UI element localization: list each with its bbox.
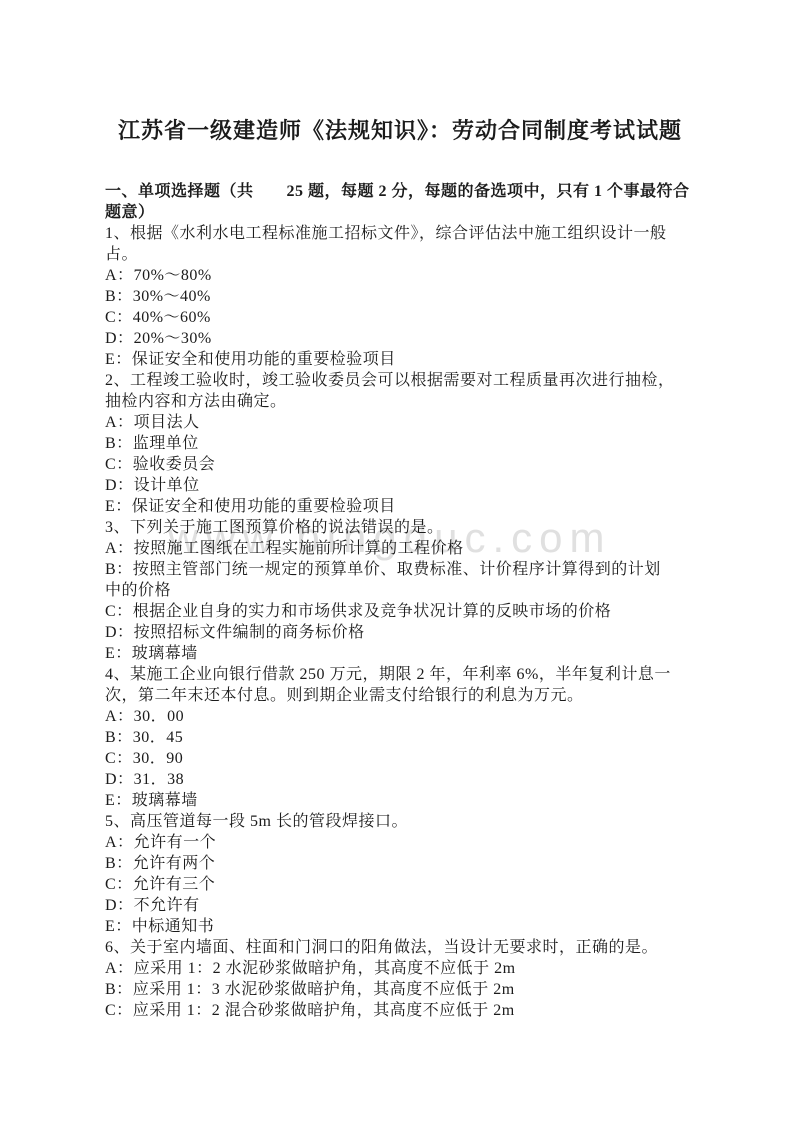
q4-option-c: C：30．90	[105, 748, 725, 769]
option-text: 设计单位	[134, 477, 200, 494]
option-text: 30%～40%	[133, 288, 211, 305]
option-label: D：	[105, 771, 134, 788]
option-label: C：	[105, 1002, 133, 1019]
exam-content: 一、单项选择题（共 25 题，每题 2 分，每题的备选项中，只有 1 个事最符合…	[105, 181, 725, 1021]
option-label: A：	[105, 414, 134, 431]
option-label: D：	[105, 330, 134, 347]
q1-stem-continuation: 占。	[105, 244, 725, 265]
option-label: B：	[105, 855, 133, 872]
option-label: B：	[105, 288, 133, 305]
option-label: B：	[105, 435, 133, 452]
option-text: 按照招标文件编制的商务标价格	[134, 624, 365, 641]
option-label: C：	[105, 309, 133, 326]
option-label: D：	[105, 477, 134, 494]
q4-option-a: A：30．00	[105, 706, 725, 727]
option-label: E：	[105, 792, 132, 809]
q6-option-b: B：应采用 1：3 水泥砂浆做暗护角，其高度不应低于 2m	[105, 979, 725, 1000]
q4-option-d: D：31．38	[105, 769, 725, 790]
section-heading-continuation: 题意）	[105, 202, 725, 223]
option-text: 按照施工图纸在工程实施前所计算的工程价格	[134, 540, 464, 557]
option-label: D：	[105, 624, 134, 641]
option-text: 允许有一个	[134, 834, 217, 851]
option-text: 不允许有	[134, 897, 200, 914]
section-heading: 一、单项选择题（共 25 题，每题 2 分，每题的备选项中，只有 1 个事最符合	[105, 181, 725, 202]
option-label: C：	[105, 603, 133, 620]
option-text: 30．45	[133, 729, 184, 746]
option-label: A：	[105, 834, 134, 851]
option-label: B：	[105, 561, 133, 578]
option-text: 允许有两个	[133, 855, 216, 872]
q5-option-e: E：中标通知书	[105, 916, 725, 937]
option-text: 70%～80%	[134, 267, 212, 284]
option-label: B：	[105, 981, 133, 998]
option-text: 按照主管部门统一规定的预算单价、取费标准、计价程序计算得到的计划	[133, 561, 661, 578]
option-text: 应采用 1：3 水泥砂浆做暗护角，其高度不应低于 2m	[133, 981, 515, 998]
q6-option-c: C：应采用 1：2 混合砂浆做暗护角，其高度不应低于 2m	[105, 1000, 725, 1021]
option-label: E：	[105, 645, 132, 662]
q5-option-c: C：允许有三个	[105, 874, 725, 895]
option-text: 31．38	[134, 771, 185, 788]
q5-option-d: D：不允许有	[105, 895, 725, 916]
q2-option-e: E：保证安全和使用功能的重要检验项目	[105, 496, 725, 517]
option-text: 30．90	[133, 750, 184, 767]
q5-option-a: A：允许有一个	[105, 832, 725, 853]
option-label: C：	[105, 456, 133, 473]
q2-option-b: B：监理单位	[105, 433, 725, 454]
q2-stem-continuation: 抽检内容和方法由确定。	[105, 391, 725, 412]
q3-stem: 3、下列关于施工图预算价格的说法错误的是。	[105, 517, 725, 538]
option-text: 监理单位	[133, 435, 199, 452]
q3-option-c: C：根据企业自身的实力和市场供求及竞争状况计算的反映市场的价格	[105, 601, 725, 622]
option-text: 根据企业自身的实力和市场供求及竞争状况计算的反映市场的价格	[133, 603, 612, 620]
option-text: 保证安全和使用功能的重要检验项目	[132, 351, 396, 368]
q3-option-e: E：玻璃幕墙	[105, 643, 725, 664]
option-label: C：	[105, 876, 133, 893]
q2-option-a: A：项目法人	[105, 412, 725, 433]
q1-option-a: A：70%～80%	[105, 265, 725, 286]
option-label: A：	[105, 708, 134, 725]
option-text: 20%～30%	[134, 330, 212, 347]
q4-option-e: E：玻璃幕墙	[105, 790, 725, 811]
q4-option-b: B：30．45	[105, 727, 725, 748]
option-label: A：	[105, 267, 134, 284]
q1-option-c: C：40%～60%	[105, 307, 725, 328]
option-text: 玻璃幕墙	[132, 792, 198, 809]
option-text: 应采用 1：2 混合砂浆做暗护角，其高度不应低于 2m	[133, 1002, 515, 1019]
q5-stem: 5、高压管道每一段 5m 长的管段焊接口。	[105, 811, 725, 832]
option-label: A：	[105, 540, 134, 557]
q2-option-d: D：设计单位	[105, 475, 725, 496]
page-title: 江苏省一级建造师《法规知识》：劳动合同制度考试试题	[0, 114, 800, 145]
q6-stem: 6、关于室内墙面、柱面和门洞口的阳角做法，当设计无要求时，正确的是。	[105, 937, 725, 958]
option-label: E：	[105, 351, 132, 368]
option-text: 应采用 1：2 水泥砂浆做暗护角，其高度不应低于 2m	[134, 960, 516, 977]
q1-option-d: D：20%～30%	[105, 328, 725, 349]
exam-document-page: www.bingduc.com 江苏省一级建造师《法规知识》：劳动合同制度考试试…	[0, 0, 800, 1132]
option-label: C：	[105, 750, 133, 767]
option-text: 中标通知书	[132, 918, 215, 935]
option-text: 40%～60%	[133, 309, 211, 326]
q2-stem: 2、工程竣工验收时，竣工验收委员会可以根据需要对工程质量再次进行抽检，	[105, 370, 725, 391]
option-text: 验收委员会	[133, 456, 216, 473]
q3-option-b: B：按照主管部门统一规定的预算单价、取费标准、计价程序计算得到的计划	[105, 559, 725, 580]
q3-option-d: D：按照招标文件编制的商务标价格	[105, 622, 725, 643]
q1-option-b: B：30%～40%	[105, 286, 725, 307]
option-text: 30．00	[134, 708, 185, 725]
option-text: 项目法人	[134, 414, 200, 431]
q5-option-b: B：允许有两个	[105, 853, 725, 874]
option-text: 玻璃幕墙	[132, 645, 198, 662]
q6-option-a: A：应采用 1：2 水泥砂浆做暗护角，其高度不应低于 2m	[105, 958, 725, 979]
q3-option-a: A：按照施工图纸在工程实施前所计算的工程价格	[105, 538, 725, 559]
q4-stem-continuation: 次，第二年末还本付息。则到期企业需支付给银行的利息为万元。	[105, 685, 725, 706]
option-label: E：	[105, 918, 132, 935]
q3-option-b-continuation: 中的价格	[105, 580, 725, 601]
q1-stem: 1、根据《水利水电工程标准施工招标文件》，综合评估法中施工组织设计一般	[105, 223, 725, 244]
option-label: E：	[105, 498, 132, 515]
q1-option-e: E：保证安全和使用功能的重要检验项目	[105, 349, 725, 370]
option-text: 允许有三个	[133, 876, 216, 893]
option-label: B：	[105, 729, 133, 746]
q4-stem: 4、某施工企业向银行借款 250 万元，期限 2 年，年利率 6%，半年复利计息…	[105, 664, 725, 685]
option-label: A：	[105, 960, 134, 977]
option-label: D：	[105, 897, 134, 914]
option-text: 保证安全和使用功能的重要检验项目	[132, 498, 396, 515]
q2-option-c: C：验收委员会	[105, 454, 725, 475]
